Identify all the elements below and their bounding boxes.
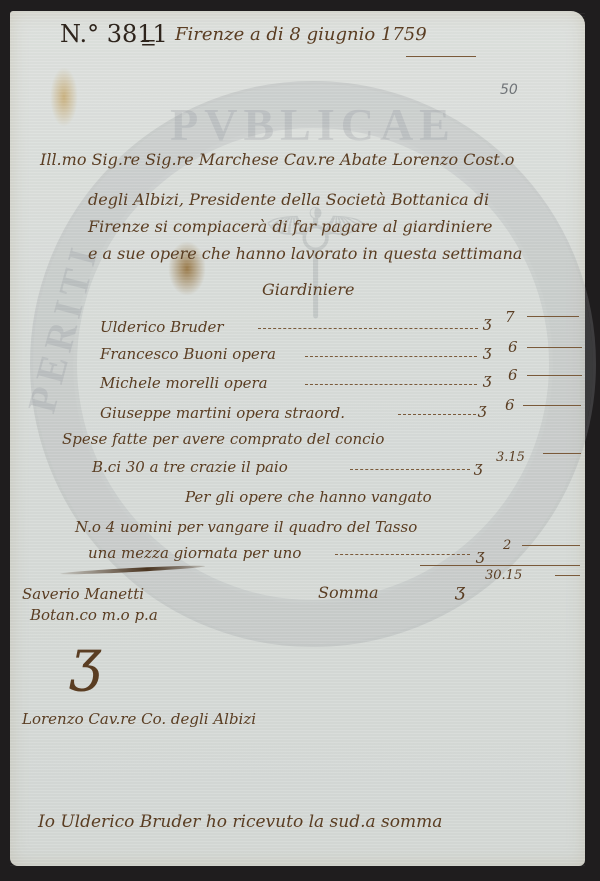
- item-6-desc: N.o 4 uomini per vangare il quadro del T…: [75, 518, 417, 536]
- item-6-amount: 2: [503, 538, 511, 553]
- total-rule: [420, 565, 580, 566]
- body-line-4: e a sue opere che hanno lavorato in ques…: [88, 244, 522, 263]
- item-4-desc: Giuseppe martini opera straord.: [100, 404, 345, 422]
- approver-name: Saverio Manetti: [22, 585, 144, 603]
- leader-line: [305, 384, 477, 385]
- item-4-amount: 6: [505, 396, 515, 414]
- amount-rule: [522, 545, 580, 546]
- folio-number: 50: [500, 82, 518, 98]
- currency-icon: ʒ: [483, 313, 491, 331]
- leader-line: [398, 414, 476, 415]
- item-5-amount: 3.15: [496, 450, 525, 465]
- total-amount: 30.15: [485, 568, 522, 583]
- place-date: Firenze a di 8 giugnio 1759: [175, 24, 427, 45]
- item-3-amount: 6: [508, 366, 518, 384]
- item-5-desc: Spese fatte per avere comprato del conci…: [62, 430, 384, 448]
- receipt-line: Io Ulderico Bruder ho ricevuto la sud.a …: [38, 812, 442, 832]
- item-1-amount: 7: [505, 308, 515, 326]
- leader-line: [335, 554, 470, 555]
- section-title: Giardiniere: [262, 280, 354, 299]
- amount-rule: [527, 347, 582, 348]
- subheading: Per gli opere che hanno vangato: [185, 488, 432, 506]
- body-line-2: degli Albizi, Presidente della Società B…: [88, 190, 489, 209]
- signature: Lorenzo Cav.re Co. degli Albizi: [22, 710, 256, 728]
- item-3-desc: Michele morelli opera: [100, 374, 268, 392]
- currency-icon: ʒ: [474, 458, 482, 476]
- amount-rule: [527, 316, 579, 317]
- item-6-desc-line2: una mezza giornata per uno: [88, 544, 301, 562]
- amount-rule: [523, 405, 581, 406]
- amount-rule: [527, 375, 582, 376]
- item-1-desc: Ulderico Bruder: [100, 318, 224, 336]
- total-label: Somma: [318, 583, 378, 602]
- item-2-desc: Francesco Buoni opera: [100, 345, 276, 363]
- amount-rule: [555, 575, 580, 576]
- approver-title: Botan.co m.o p.a: [30, 606, 158, 624]
- amount-rule: [543, 453, 581, 454]
- approval-mark: ʒ: [70, 628, 102, 693]
- date-underline: [406, 56, 476, 57]
- currency-icon: ʒ: [476, 546, 484, 564]
- currency-icon: ʒ: [478, 400, 486, 418]
- body-line-3: Firenze si compiacerà di far pagare al g…: [88, 217, 492, 236]
- leader-line: [305, 356, 477, 357]
- currency-icon: ʒ: [483, 342, 491, 360]
- body-line-1: Ill.mo Sig.re Sig.re Marchese Cav.re Aba…: [40, 150, 514, 169]
- item-2-amount: 6: [508, 338, 518, 356]
- leader-line: [258, 328, 478, 329]
- leader-line: [350, 469, 470, 470]
- currency-icon: ʒ: [483, 370, 491, 388]
- item-5-desc-line2: B.ci 30 a tre crazie il paio: [92, 458, 288, 476]
- currency-icon: ʒ: [455, 580, 465, 601]
